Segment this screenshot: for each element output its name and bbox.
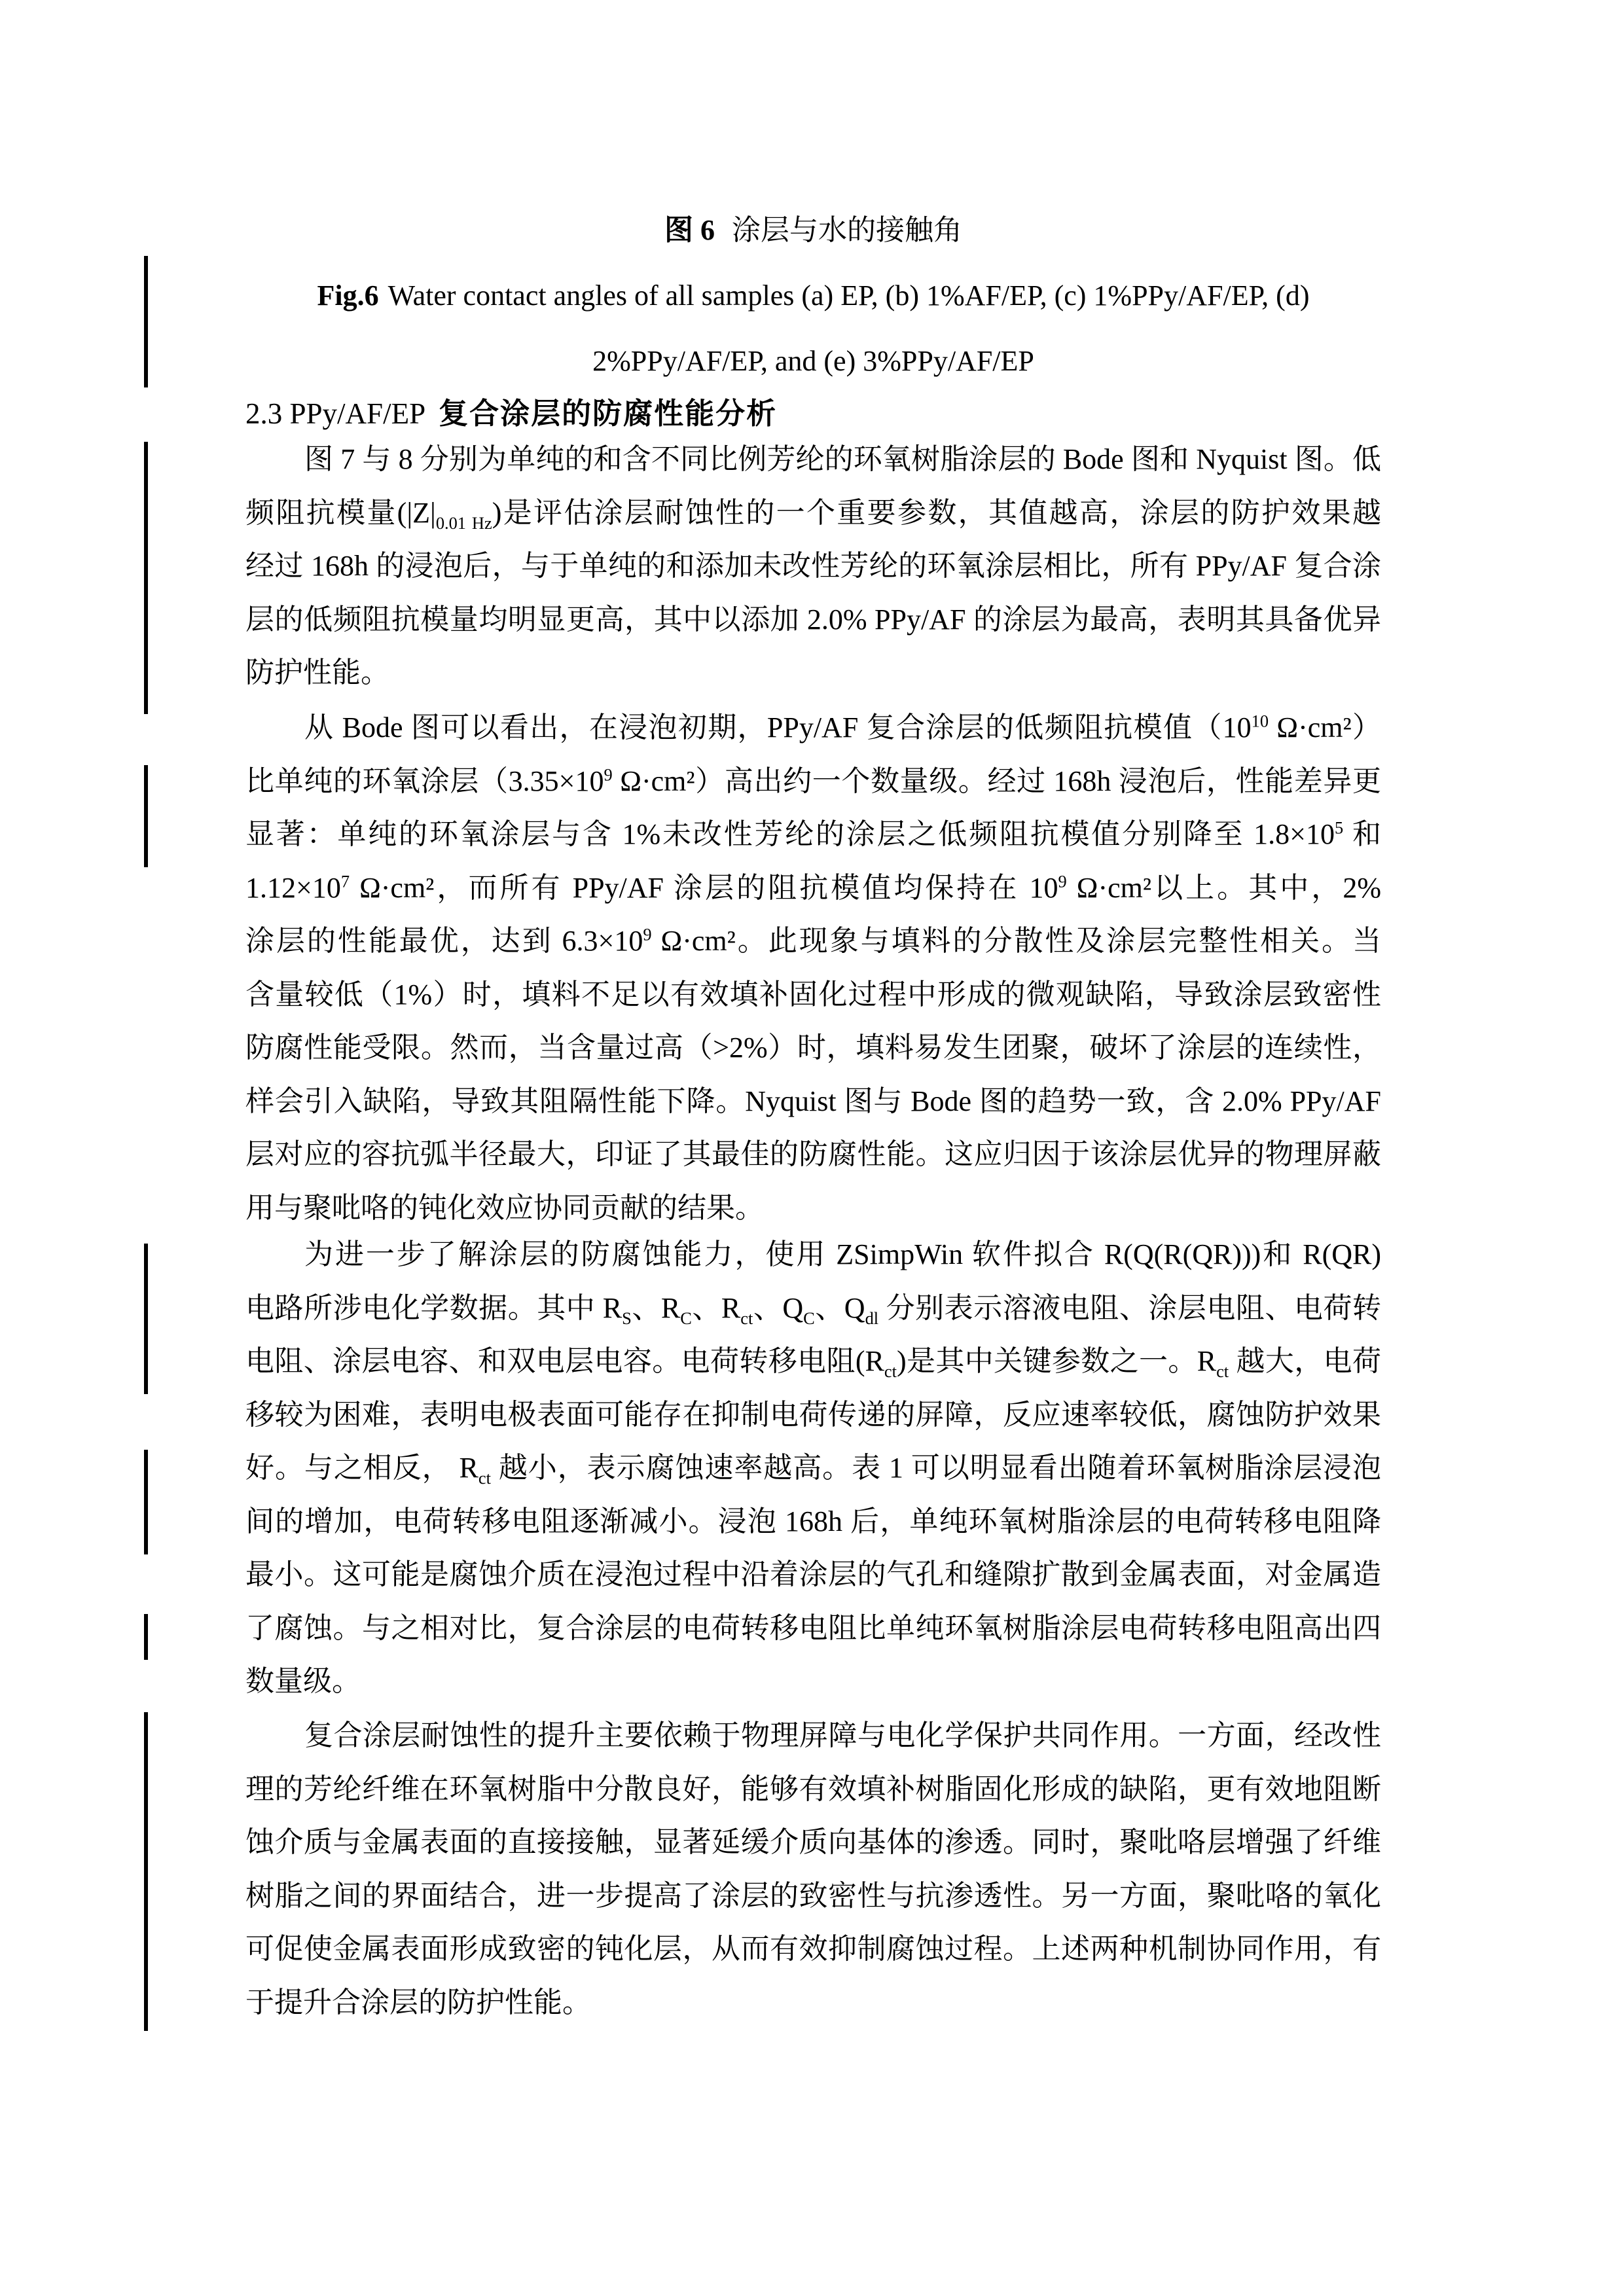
figure-caption: 图 6涂层与水的接触角 Fig.6Water contact angles of… (245, 198, 1381, 394)
revision-bar (144, 1450, 148, 1554)
text-line: 用与聚吡咯的钝化效应协同贡献的结果。 (245, 1181, 1381, 1235)
text-line: 比单纯的环氧涂层（3.35×109 Ω·cm²）高出约一个数量级。经过 168h… (245, 755, 1381, 808)
text-line: 涂层的性能最优，达到 6.3×109 Ω·cm²。此现象与填料的分散性及涂层完整… (245, 914, 1381, 968)
figure-caption-zh: 图 6涂层与水的接触角 (245, 198, 1381, 263)
text-line: 为进一步了解涂层的防腐蚀能力，使用 ZSimpWin 软件拟合 R(Q(R(QR… (245, 1228, 1381, 1282)
text-line: 间的增加，电荷转移电阻逐渐减小。浸泡 168h 后，单纯环氧树脂涂层的电荷转移电… (245, 1495, 1381, 1549)
paragraph-protection-mechanism: 复合涂层耐蚀性的提升主要依赖于物理屏障与电化学保护共同作用。一方面，经改性处理的… (245, 1709, 1381, 2029)
paragraph-impedance-overview: 图 7 与 8 分别为单纯的和含不同比例芳纶的环氧树脂涂层的 Bode 图和 N… (245, 433, 1381, 700)
text-line: 于提升合涂层的防护性能。 (245, 1976, 1381, 2030)
text-line: 1.12×107 Ω·cm²，而所有 PPy/AF 涂层的阻抗模值均保持在 10… (245, 861, 1381, 915)
text-line: 最小。这可能是腐蚀介质在浸泡过程中沿着涂层的气孔和缝隙扩散到金属表面，对金属造成 (245, 1548, 1381, 1602)
revision-bar (144, 1244, 148, 1394)
figure-caption-zh-label: 图 6 (664, 214, 715, 246)
text-line: 理的芳纶纤维在环氧树脂中分散良好，能够有效填补树脂固化形成的缺陷，更有效地阻断腐 (245, 1763, 1381, 1816)
text-line: 了腐蚀。与之相对比，复合涂层的电荷转移电阻比单纯环氧树脂涂层电荷转移电阻高出四个 (245, 1602, 1381, 1655)
text-line: 树脂之间的界面结合，进一步提高了涂层的致密性与抗渗透性。另一方面，聚吡咯的氧化性 (245, 1869, 1381, 1923)
text-line: 含量较低（1%）时，填料不足以有效填补固化过程中形成的微观缺陷，导致涂层致密性差… (245, 968, 1381, 1022)
text-line: 防护性能。 (245, 646, 1381, 700)
text-line: 移较为困难，表明电极表面可能存在抑制电荷传递的屏障，反应速率较低，腐蚀防护效果越 (245, 1388, 1381, 1442)
figure-caption-en-label: Fig.6 (317, 279, 379, 312)
text-line: 显著：单纯的环氧涂层与含 1%未改性芳纶的涂层之低频阻抗模值分别降至 1.8×1… (245, 808, 1381, 861)
text-line: 好。与之相反， Rct 越小，表示腐蚀速率越高。表 1 可以明显看出随着环氧树脂… (245, 1441, 1381, 1495)
text-line: 层的低频阻抗模量均明显更高，其中以添加 2.0% PPy/AF 的涂层为最高，表… (245, 593, 1381, 647)
text-line: 数量级。 (245, 1655, 1381, 1708)
paragraph-bode-nyquist-analysis: 从 Bode 图可以看出，在浸泡初期，PPy/AF 复合涂层的低频阻抗模值（10… (245, 701, 1381, 1234)
document-page: 图 6涂层与水的接触角 Fig.6Water contact angles of… (0, 0, 1624, 2296)
figure-caption-en-line2: 2%PPy/AF/EP, and (e) 3%PPy/AF/EP (245, 329, 1381, 394)
text-line: 经过 168h 的浸泡后，与于单纯的和添加未改性芳纶的环氧涂层相比，所有 PPy… (245, 539, 1381, 593)
revision-bar (144, 765, 148, 867)
text-line: 电路所涉电化学数据。其中 RS、RC、Rct、QC、Qdl 分别表示溶液电阻、涂… (245, 1282, 1381, 1335)
figure-caption-en-line1: Fig.6Water contact angles of all samples… (245, 263, 1381, 329)
text-line: 蚀介质与金属表面的直接接触，显著延缓介质向基体的渗透。同时，聚吡咯层增强了纤维与 (245, 1816, 1381, 1869)
text-line: 图 7 与 8 分别为单纯的和含不同比例芳纶的环氧树脂涂层的 Bode 图和 N… (245, 433, 1381, 486)
revision-bar (144, 1614, 148, 1660)
text-line: 从 Bode 图可以看出，在浸泡初期，PPy/AF 复合涂层的低频阻抗模值（10… (245, 701, 1381, 755)
text-line: 复合涂层耐蚀性的提升主要依赖于物理屏障与电化学保护共同作用。一方面，经改性处 (245, 1709, 1381, 1763)
revision-bar (144, 256, 148, 387)
text-line: 电阻、涂层电容、和双电层电容。电荷转移电阻(Rct)是其中关键参数之一。Rct … (245, 1335, 1381, 1388)
text-line: 可促使金属表面形成致密的钝化层，从而有效抑制腐蚀过程。上述两种机制协同作用，有利 (245, 1922, 1381, 1976)
figure-caption-zh-text: 涂层与水的接触角 (732, 214, 962, 246)
figure-caption-en-text: Water contact angles of all samples (a) … (388, 279, 1310, 312)
text-line: 防腐性能受限。然而，当含量过高（>2%）时，填料易发生团聚，破坏了涂层的连续性，… (245, 1021, 1381, 1075)
section-heading-title: 复合涂层的防腐性能分析 (439, 397, 777, 430)
revision-bar (144, 1712, 148, 2031)
paragraph-equivalent-circuit-fitting: 为进一步了解涂层的防腐蚀能力，使用 ZSimpWin 软件拟合 R(Q(R(QR… (245, 1228, 1381, 1708)
section-heading-number: 2.3 PPy/AF/EP (245, 397, 425, 430)
text-line: 层对应的容抗弧半径最大，印证了其最佳的防腐性能。这应归因于该涂层优异的物理屏蔽作 (245, 1128, 1381, 1181)
text-line: 样会引入缺陷，导致其阻隔性能下降。Nyquist 图与 Bode 图的趋势一致，… (245, 1075, 1381, 1128)
revision-bar (144, 442, 148, 714)
text-line: 频阻抗模量(|Z|0.01 Hz)是评估涂层耐蚀性的一个重要参数，其值越高，涂层… (245, 486, 1381, 540)
